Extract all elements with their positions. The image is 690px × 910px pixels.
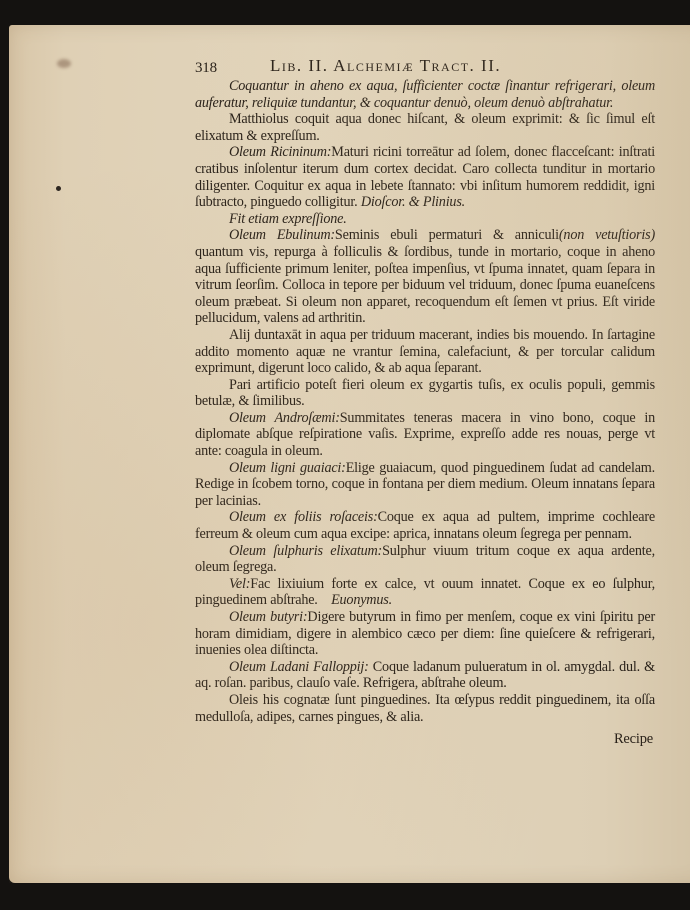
source-citation: Euonymus. (331, 592, 392, 608)
para-text: quantum vis, repurga à folliculis & ſord… (195, 244, 655, 326)
paragraph-sulphuris: Oleum ſulphuris elixatum:Sulphur viuum t… (195, 543, 655, 576)
para-text: Oleis his cognatæ ſunt pinguedines. Ita … (195, 692, 655, 725)
page-number: 318 (195, 60, 217, 77)
entry-label: Vel: (229, 576, 250, 592)
para-text: Seminis ebuli permaturi & anniculi (335, 227, 559, 243)
paragraph-1: Matthiolus coquit aqua donec hiſcant, & … (195, 111, 655, 144)
paragraph-ebulinum: Oleum Ebulinum:Seminis ebuli permaturi &… (195, 227, 655, 327)
paragraph-3: Fit etiam expreſſione. (195, 211, 655, 228)
page-header: 318 Lib. II. Alchemiæ Tract. II. (195, 58, 655, 78)
source-citation: Dioſcor. & Plinius. (361, 194, 465, 210)
paper-stain (57, 59, 71, 68)
paragraph-rosaceis: Oleum ex foliis roſaceis:Coque ex aqua a… (195, 509, 655, 542)
paragraph-0: Coquantur in aheno ex aqua, ſufficienter… (195, 78, 655, 111)
para-text: Alij duntaxāt in aqua per triduum macera… (195, 327, 655, 376)
page-text: 318 Lib. II. Alchemiæ Tract. II. Coquant… (195, 58, 655, 748)
book-page: 318 Lib. II. Alchemiæ Tract. II. Coquant… (9, 25, 690, 883)
paragraph-14: Oleis his cognatæ ſunt pinguedines. Ita … (195, 692, 655, 725)
paragraph-butyri: Oleum butyri:Digere butyrum in fimo per … (195, 609, 655, 659)
para-text: Fac lixiuium forte ex calce, vt ouum inn… (195, 576, 655, 609)
entry-label: Oleum Ebulinum: (229, 227, 335, 243)
paragraph-vel: Vel:Fac lixiuium forte ex calce, vt ouum… (195, 576, 655, 609)
para-text: Matthiolus coquit aqua donec hiſcant, & … (195, 111, 655, 144)
entry-label: Oleum Androſæmi: (229, 410, 340, 426)
paragraph-6: Pari artificio poteſt fieri oleum ex gyg… (195, 377, 655, 410)
entry-label: Oleum butyri: (229, 609, 307, 625)
entry-label: Oleum ex foliis roſaceis: (229, 509, 378, 525)
para-text: Fit etiam expreſſione. (229, 211, 347, 227)
paragraph-guaiaci: Oleum ligni guaiaci:Elige guaiacum, quod… (195, 460, 655, 510)
ink-dot (56, 186, 61, 191)
para-text: Coquantur in aheno ex aqua, ſufficienter… (195, 78, 655, 111)
catchword: Recipe (195, 731, 655, 748)
entry-label: Oleum Ricininum: (229, 144, 331, 160)
running-head: Lib. II. Alchemiæ Tract. II. (270, 58, 501, 75)
entry-label: Oleum ligni guaiaci: (229, 460, 346, 476)
paragraph-ladani: Oleum Ladani Falloppij: Coque ladanum pu… (195, 659, 655, 692)
aside-text: (non vetuſtioris) (559, 227, 655, 243)
paragraph-ricininum: Oleum Ricininum:Maturi ricini torreātur … (195, 144, 655, 210)
paragraph-5: Alij duntaxāt in aqua per triduum macera… (195, 327, 655, 377)
entry-label: Oleum ſulphuris elixatum: (229, 543, 382, 559)
paragraph-androsaemi: Oleum Androſæmi:Summitates teneras macer… (195, 410, 655, 460)
para-text: Pari artificio poteſt fieri oleum ex gyg… (195, 377, 655, 410)
entry-label: Oleum Ladani Falloppij: (229, 659, 369, 675)
